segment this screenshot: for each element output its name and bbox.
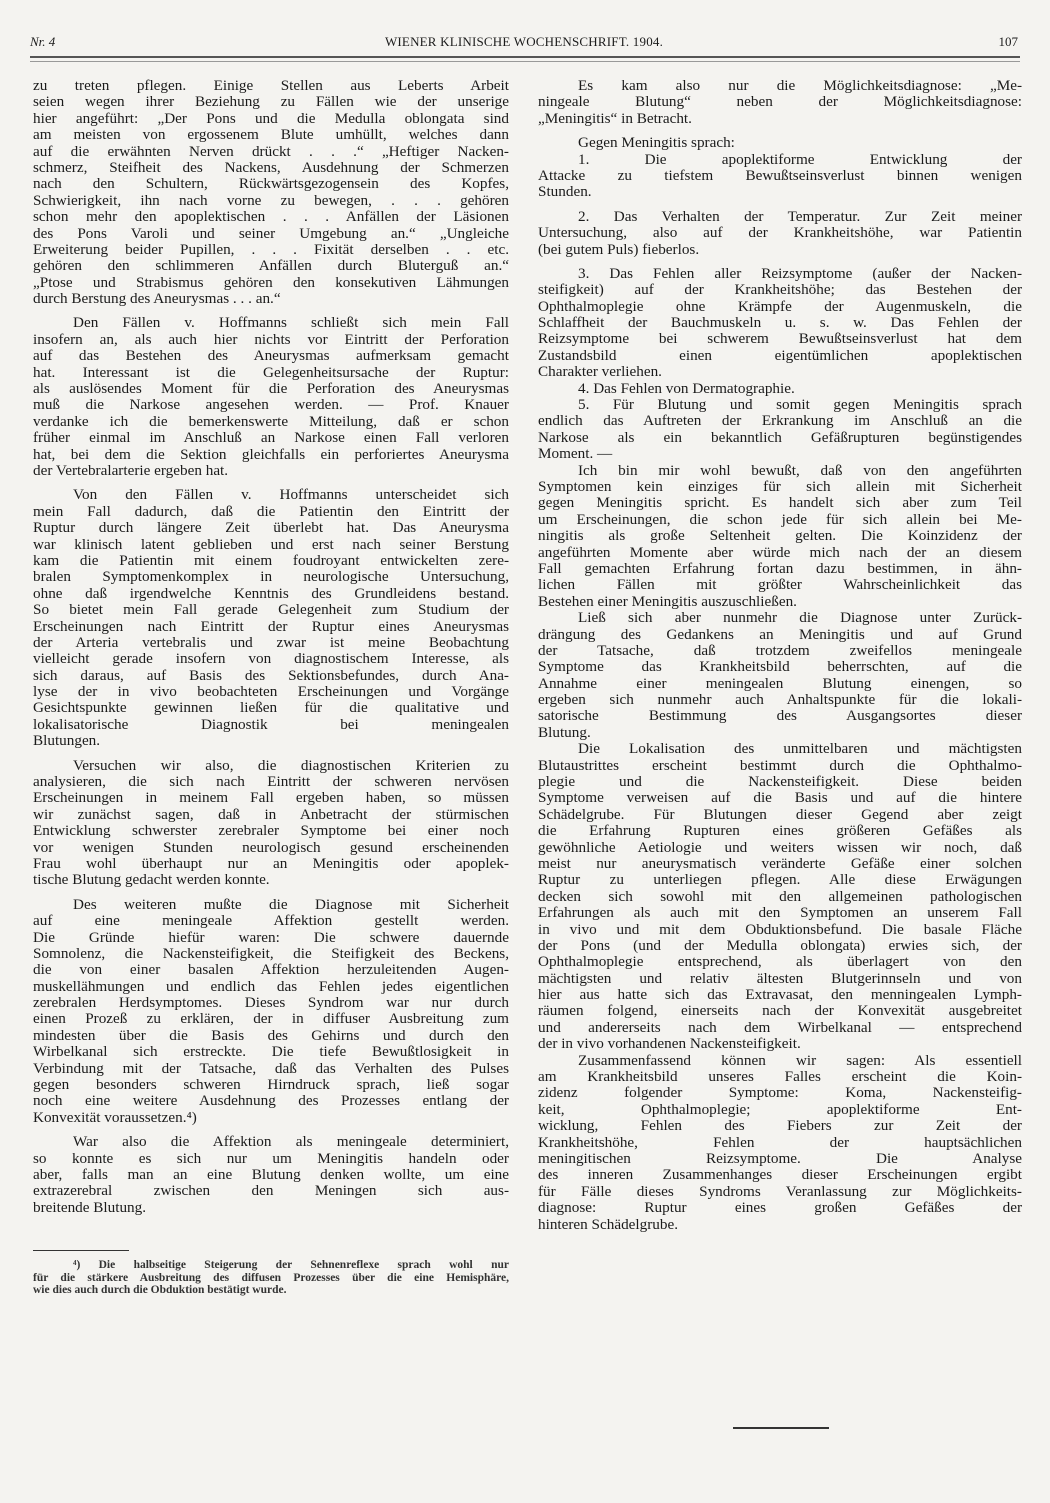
text-line: Erfahrungen als auch mit den Symptomen a… [538,905,1022,921]
text-line: der Arteria vertebralis und zwar ist mei… [33,635,509,651]
text-line: Schädelgrube. Für Blutungen dieser Gegen… [538,807,1022,823]
text-line: der in vivo vorhandenen Nackensteifigkei… [538,1036,1022,1052]
header-rule [30,56,1020,62]
paragraph: Zusammenfassend können wir sagen: Als es… [538,1053,1022,1233]
text-line: Stunden. [538,184,1022,200]
page-number: 107 [999,34,1019,50]
text-line: Symptome verweisen auf die Basis und auf… [538,790,1022,806]
paragraph: Den Fällen v. Hoffmanns schließt sich me… [33,315,509,479]
text-line: Gegen Meningitis sprach: [538,135,1022,151]
list-item: 2. Das Verhalten der Temperatur. Zur Zei… [538,209,1022,258]
text-line: und andererseits nach dem Wirbelkanal — … [538,1020,1022,1036]
text-line: So bietet mein Fall gerade Gelegenheit z… [33,602,509,618]
text-line: kam die Patientin mit einem foudroyant e… [33,553,509,569]
text-line: lokalisatorische Diagnostik bei meningea… [33,717,509,733]
text-line: Versuchen wir also, die diagnostischen K… [33,758,509,774]
text-line: Ophthalmoplegie entsprechend, als überla… [538,954,1022,970]
text-line: Verbindung mit der Tatsache, daß das Ver… [33,1061,509,1077]
text-line: Ruptur zu unterliegen pflegen. Alle dies… [538,872,1022,888]
text-line: Reizsymptome bei schwerem Bewußtseinsver… [538,331,1022,347]
text-line: Ich bin mir wohl bewußt, daß von den ang… [538,463,1022,479]
text-line: mindesten über die Basis des Gehirns und… [33,1028,509,1044]
text-line: auf das Bestehen des Aneurysmas aufmerks… [33,348,509,364]
text-line: „Ptose und Strabismus gehören den konsek… [33,275,509,291]
text-line: „Meningitis“ in Betracht. [538,111,1022,127]
text-line: Narkose als ein bekanntlich Gefäßrupture… [538,430,1022,446]
text-line: für Fälle dieses Syndroms Veranlassung z… [538,1184,1022,1200]
text-line: Blutungen. [33,733,509,749]
text-line: mein Fall dadurch, daß die Patientin den… [33,504,509,520]
text-line: gehören den schlimmeren Anfällen durch B… [33,258,509,274]
text-line: auf die erwähnten Nerven drückt . . .“ „… [33,144,509,160]
text-line: hinteren Schädelgrube. [538,1217,1022,1233]
text-line: ergeben sich nunmehr auch Anhaltspunkte … [538,692,1022,708]
text-line: hier aus hatte sich das Extravasat, den … [538,987,1022,1003]
list-item: 1. Die apoplektiforme Entwicklung derAtt… [538,152,1022,201]
text-line: meist nur aneurysmatisch veränderte Gefä… [538,856,1022,872]
text-line: gegen besonders schweren Hirndruck sprac… [33,1077,509,1093]
text-line: muß die Narkose angesehen werden. — Prof… [33,397,509,413]
text-line: am Krankheitsbild unseres Falles erschei… [538,1069,1022,1085]
text-line: nach den Schultern, Rückwärtsgezogensein… [33,176,509,192]
text-line: für die stärkere Ausbreitung des diffuse… [33,1272,509,1284]
text-line: so konnte es sich nur um Meningitis hand… [33,1151,509,1167]
list-item: 5. Für Blutung und somit gegen Meningiti… [538,397,1022,463]
text-line: Erweiterung beider Pupillen, . . . Fixit… [33,242,509,258]
text-line: vielleicht gerade insofern von diagnosti… [33,651,509,667]
text-line: zerebralen Herdsymptomes. Dieses Syndrom… [33,995,509,1011]
text-line: einen Prozeß zu erklären, der in diffuse… [33,1011,509,1027]
text-line: zu treten pflegen. Einige Stellen aus Le… [33,78,509,94]
section-heading: Gegen Meningitis sprach: [538,135,1022,151]
text-line: Ruptur durch längere Zeit überlebt hat. … [33,520,509,536]
text-line: ohne daß irgendwelche Kenntnis des Grund… [33,586,509,602]
text-line: als auslösendes Moment für die Perforati… [33,381,509,397]
text-line: ⁴) Die halbseitige Steigerung der Sehnen… [33,1259,509,1271]
text-line: Moment. — [538,446,1022,462]
text-line: breitende Blutung. [33,1200,509,1216]
text-line: der Vertebralarterie ergeben hat. [33,463,509,479]
text-line: wicklung, Fehlen des Fiebers zur Zeit de… [538,1118,1022,1134]
text-line: mächtigsten und relativ ältesten Blutger… [538,971,1022,987]
text-line: in vivo und mit dem Obduktionsbefund. Di… [538,922,1022,938]
text-line: gegen Meningitis spricht. Es handelt sic… [538,495,1022,511]
text-line: Erscheinungen in meinem Fall ergeben hab… [33,790,509,806]
text-line: hier angeführt: „Der Pons und die Medull… [33,111,509,127]
text-line: drängung des Gedankens an Meningitis und… [538,627,1022,643]
text-line: die Erfahrung Rupturen eines größeren Ge… [538,823,1022,839]
text-line: Des weiteren mußte die Diagnose mit Sich… [33,897,509,913]
text-line: der Pons (und der Medulla oblongata) erw… [538,938,1022,954]
text-line: Von den Fällen v. Hoffmanns unterscheide… [33,487,509,503]
text-line: Die Gründe hiefür waren: Die schwere dau… [33,930,509,946]
text-line: analysieren, die sich nach Eintritt der … [33,774,509,790]
text-line: Blutung. [538,725,1022,741]
paragraph: Es kam also nur die Möglichkeitsdiagnose… [538,78,1022,127]
text-line: satorische Bestimmung des Ausgangsortes … [538,708,1022,724]
text-line: Konvexität voraussetzen.⁴) [33,1110,509,1126]
text-line: wie dies auch durch die Obduktion bestät… [33,1284,509,1296]
text-line: die von einer basalen Affektion herzulei… [33,962,509,978]
text-line: lyse der in vivo beobachteten Erscheinun… [33,684,509,700]
text-line: Ophthalmoplegie ohne Krämpfe der Augenmu… [538,299,1022,315]
text-line: des Pons Varoli und seiner Umgebung an.“… [33,226,509,242]
article-end-rule [733,1427,829,1431]
text-line: angeführten Momente aber würde mich nach… [538,545,1022,561]
paragraph: War also die Affektion als meningeale de… [33,1134,509,1216]
text-line: hat, bei dem die Sektion gleichfalls ein… [33,447,509,463]
text-line: Annahme einer meningealen Blutung eineng… [538,676,1022,692]
text-line: sich daraus, auf Basis des Sektionsbefun… [33,668,509,684]
text-line: noch eine weitere Ausdehnung des Prozess… [33,1093,509,1109]
text-line: lichen Fällen mit größter Wahrscheinlich… [538,577,1022,593]
footnote: ⁴) Die halbseitige Steigerung der Sehnen… [33,1259,509,1296]
paragraph: Des weiteren mußte die Diagnose mit Sich… [33,897,509,1126]
text-line: 4. Das Fehlen von Dermatographie. [538,381,1022,397]
text-line: zidenz folgender Symptome: Koma, Nackens… [538,1085,1022,1101]
text-line: diagnose: Ruptur eines großen Gefäßes de… [538,1200,1022,1216]
list-item: 3. Das Fehlen aller Reizsymptome (außer … [538,266,1022,381]
text-line: muskellähmungen und endlich das Fehlen j… [33,979,509,995]
footnote-rule [33,1250,129,1251]
text-line: Zustandsbild einen eigentümlichen apople… [538,348,1022,364]
text-line: tische Blutung gedacht werden konnte. [33,872,509,888]
text-line: 2. Das Verhalten der Temperatur. Zur Zei… [538,209,1022,225]
text-line: verdanke ich die bemerkenswerte Mitteilu… [33,414,509,430]
paragraph: Ich bin mir wohl bewußt, daß von den ang… [538,463,1022,611]
text-line: ningitis als große Seltenheit gelten. Di… [538,528,1022,544]
text-line: auf eine meningeale Affektion gestellt w… [33,913,509,929]
text-line: Symptomen kein einziges für sich allein … [538,479,1022,495]
text-line: decken sich sowohl mit den allgemeinen p… [538,889,1022,905]
text-line: vor wenigen Stunden neurologisch gesund … [33,840,509,856]
text-line: ningeale Blutung“ neben der Möglichkeits… [538,94,1022,110]
text-line: Den Fällen v. Hoffmanns schließt sich me… [33,315,509,331]
text-line: Frau wohl überhaupt nur an Meningitis od… [33,856,509,872]
text-line: Schwierigkeit, ihn nach vorne zu bewegen… [33,193,509,209]
text-line: Wirbelkanal sich erstreckte. Die tiefe B… [33,1044,509,1060]
text-line: Charakter verliehen. [538,364,1022,380]
text-line: Krankheitshöhe, Fehlen der hauptsächlich… [538,1135,1022,1151]
text-line: Somnolenz, die Nackensteifigkeit, die St… [33,946,509,962]
text-line: Entwicklung schwerster zerebraler Sympto… [33,823,509,839]
text-line: War also die Affektion als meningeale de… [33,1134,509,1150]
list-item: 4. Das Fehlen von Dermatographie. [538,381,1022,397]
text-line: früher einmal im Anschluß an Narkose ein… [33,430,509,446]
text-line: gewöhnliche Aetiologie und weiters wisse… [538,840,1022,856]
text-line: der Tatsache, daß trotzdem zweifellos me… [538,643,1022,659]
text-line: des inneren Zusammenhanges dieser Ersche… [538,1167,1022,1183]
running-header: Nr. 4 WIENER KLINISCHE WOCHENSCHRIFT. 19… [30,30,1018,54]
paragraph: Versuchen wir also, die diagnostischen K… [33,758,509,889]
text-line: Erscheinungen nach Eintritt der Ruptur e… [33,619,509,635]
text-line: war klinisch latent geblieben und erst n… [33,537,509,553]
text-line: um Erscheinungen, die schon jede für sic… [538,512,1022,528]
right-column: Es kam also nur die Möglichkeitsdiagnose… [538,78,1022,1233]
paragraph: zu treten pflegen. Einige Stellen aus Le… [33,78,509,307]
text-line: Untersuchung, also auf der Krankheitshöh… [538,225,1022,241]
text-line: meningitischen Reizsymptome. Die Analyse [538,1151,1022,1167]
text-line: schon mehr den apoplektischen . . . Anfä… [33,209,509,225]
text-line: plegie und die Nackensteifigkeit. Diese … [538,774,1022,790]
text-line: durch Berstung des Aneurysmas . . . an.“ [33,291,509,307]
text-line: 3. Das Fehlen aller Reizsymptome (außer … [538,266,1022,282]
text-line: Zusammenfassend können wir sagen: Als es… [538,1053,1022,1069]
text-line: Ließ sich aber nunmehr die Diagnose unte… [538,610,1022,626]
paragraph: Von den Fällen v. Hoffmanns unterscheide… [33,487,509,749]
text-line: Schlaffheit der Bauchmuskeln u. s. w. Da… [538,315,1022,331]
text-line: (bei gutem Puls) fieberlos. [538,242,1022,258]
text-line: Symptome das Krankheitsbild beherrschten… [538,659,1022,675]
text-line: 5. Für Blutung und somit gegen Meningiti… [538,397,1022,413]
text-line: Gesichtspunkte gewinnen ließen für die q… [33,700,509,716]
text-line: schmerz, Steifheit des Nackens, Ausdehnu… [33,160,509,176]
text-line: Die Lokalisation des unmittelbaren und m… [538,741,1022,757]
text-line: insofern an, als auch hier nichts vor Ei… [33,332,509,348]
paragraph: Die Lokalisation des unmittelbaren und m… [538,741,1022,1052]
paragraph: Ließ sich aber nunmehr die Diagnose unte… [538,610,1022,741]
text-line: keit, Ophthalmoplegie; apoplektiforme En… [538,1102,1022,1118]
text-line: hat. Interessant ist die Gelegenheitsurs… [33,365,509,381]
text-line: seien wegen ihrer Beziehung zu Fällen wi… [33,94,509,110]
text-line: endlich das Auftreten der Erkrankung im … [538,413,1022,429]
text-line: steifigkeit) auf der Krankheitshöhe; das… [538,282,1022,298]
journal-title: WIENER KLINISCHE WOCHENSCHRIFT. 1904. [30,34,1018,50]
text-line: bralen Symptomenkomplex in neurologische… [33,569,509,585]
text-line: 1. Die apoplektiforme Entwicklung der [538,152,1022,168]
text-line: Fall gemachten Erfahrung fortan dazu bes… [538,561,1022,577]
text-line: Blutaustrittes erscheint bestimmt durch … [538,758,1022,774]
text-line: räumen folgend, einerseits nach der Konv… [538,1003,1022,1019]
text-line: Attacke zu tiefstem Bewußtseinsverlust b… [538,168,1022,184]
text-line: Es kam also nur die Möglichkeitsdiagnose… [538,78,1022,94]
text-line: extrazerebral zwischen den Meningen sich… [33,1183,509,1199]
left-column: zu treten pflegen. Einige Stellen aus Le… [33,78,509,1296]
text-line: am meisten von ergossenem Blute umhüllt,… [33,127,509,143]
text-line: Bestehen einer Meningitis auszuschließen… [538,594,1022,610]
text-line: aber, falls man an eine Blutung denken w… [33,1167,509,1183]
text-line: wir zunächst sagen, daß in Anbetracht de… [33,807,509,823]
